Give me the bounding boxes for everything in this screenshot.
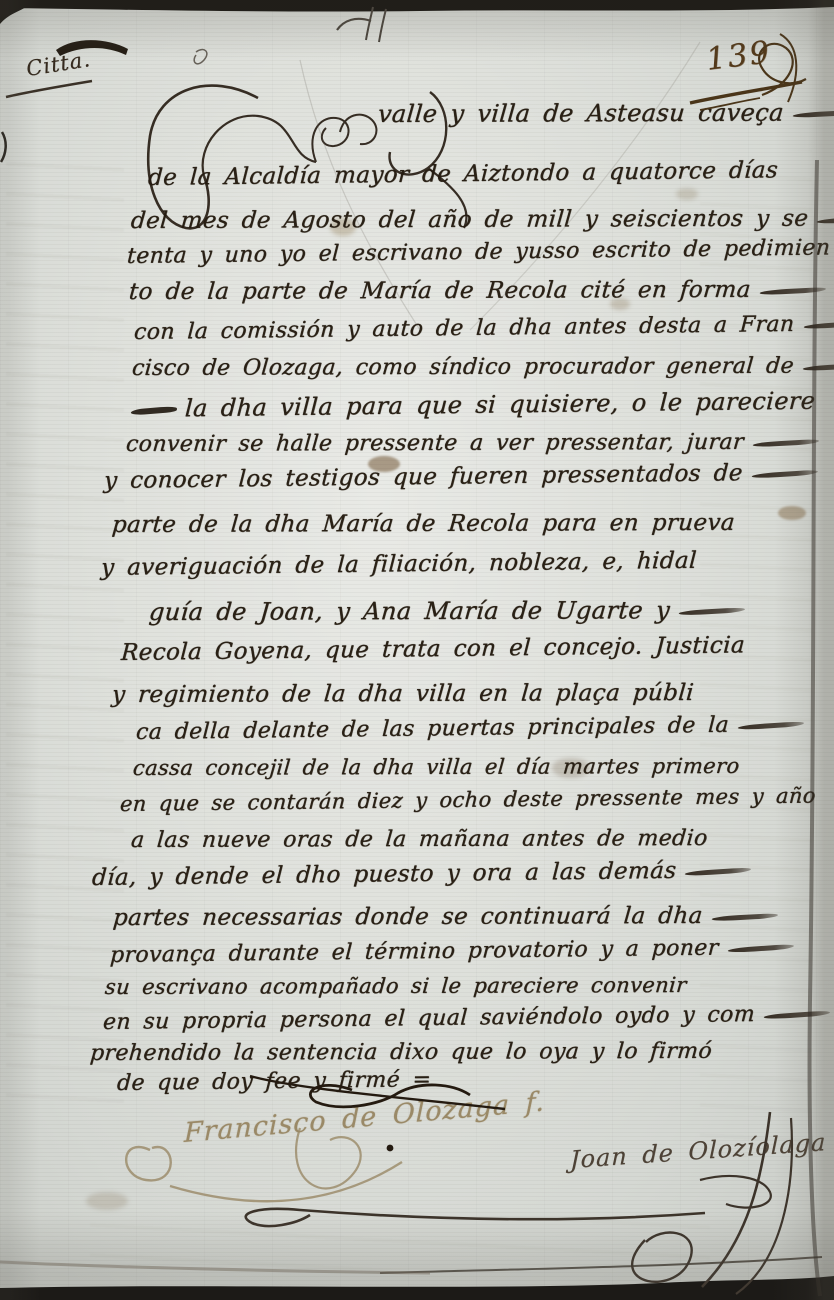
manuscript-line: cisco de Olozaga, como síndico procurado… [131,353,834,381]
margin-note-underline [6,81,92,97]
manuscript-line: de la Alcaldía mayor de Aiztondo a quato… [147,157,779,191]
signature-francisco-de-olozaga: Francisco de Olozaga f. [184,1086,546,1149]
page-edge-left-mark [1,132,6,162]
manuscript-line: valle y villa de Asteasu caveça [377,98,834,128]
manuscript-line: tenta y uno yo el escrivano de yusso esc… [126,235,831,269]
page-bottom-fold-line [380,1257,822,1273]
margin-annotation: Citta. [25,47,93,81]
manuscript-line: ca della delante de las puertas principa… [135,712,805,745]
page-edge-top-left-wedge [0,0,36,24]
manuscript-line: del mes de Agosto del año de mill y seis… [130,205,834,234]
manuscript-line: provança durante el término provatorio y… [109,935,794,968]
manuscript-line: la dha villa para que si quisiere, o le … [130,387,816,423]
opening-calligraphic-flourish [148,50,466,229]
page-edge-top [0,0,834,12]
paper-stain [86,1192,128,1210]
manuscript-line: y averiguación de la filiación, nobleza,… [100,548,697,581]
manuscript-line: en su propria persona el qual saviéndolo… [102,1001,830,1035]
manuscript-line: de que doy fee y firmé = [116,1067,432,1096]
manuscript-line: día, y dende el dho puesto y ora a las d… [91,857,752,891]
manuscript-line: convenir se halle pressente a ver presse… [125,430,820,457]
paper-stain [676,188,698,200]
page-edge-bottom [0,1276,834,1300]
manuscript-line: y conocer los testigos que fueren presse… [103,459,818,494]
manuscript-page: Citta. 139 valle y villa de Asteasu cave… [0,0,834,1300]
manuscript-line: en que se contarán diez y ocho deste pre… [119,783,816,816]
manuscript-line: y regimiento de la dha villa en la plaça… [111,680,695,708]
manuscript-line: con la comissión y auto de la dha antes … [133,311,834,345]
page-bottom-shadow [0,1262,430,1273]
paper-stain [778,506,806,520]
manuscript-line: guía de Joan, y Ana María de Ugarte y [148,596,746,626]
manuscript-line: cassa concejil de la dha villa el día ma… [132,754,741,780]
manuscript-line: a las nueve oras de la mañana antes de m… [130,826,709,853]
verso-bleedthrough-left [6,150,124,1110]
signature-joan-escribano: Joan de Olozíolaga [570,1128,827,1174]
manuscript-line: prehendido la sentencia dixo que lo oya … [89,1039,713,1066]
manuscript-line: su escrivano acompañado si le pareciere … [104,973,688,999]
manuscript-line: Recola Goyena, que trata con el concejo.… [120,632,745,666]
manuscript-line: partes necessarias donde se continuará l… [112,903,779,931]
invocation-cross-mark [337,7,386,42]
manuscript-line: parte de la dha María de Recola para en … [111,510,736,538]
folio-number: 139 [704,34,773,78]
manuscript-line: to de la parte de María de Recola cité e… [128,277,827,305]
verso-bleedthrough-bottom [90,1220,710,1270]
